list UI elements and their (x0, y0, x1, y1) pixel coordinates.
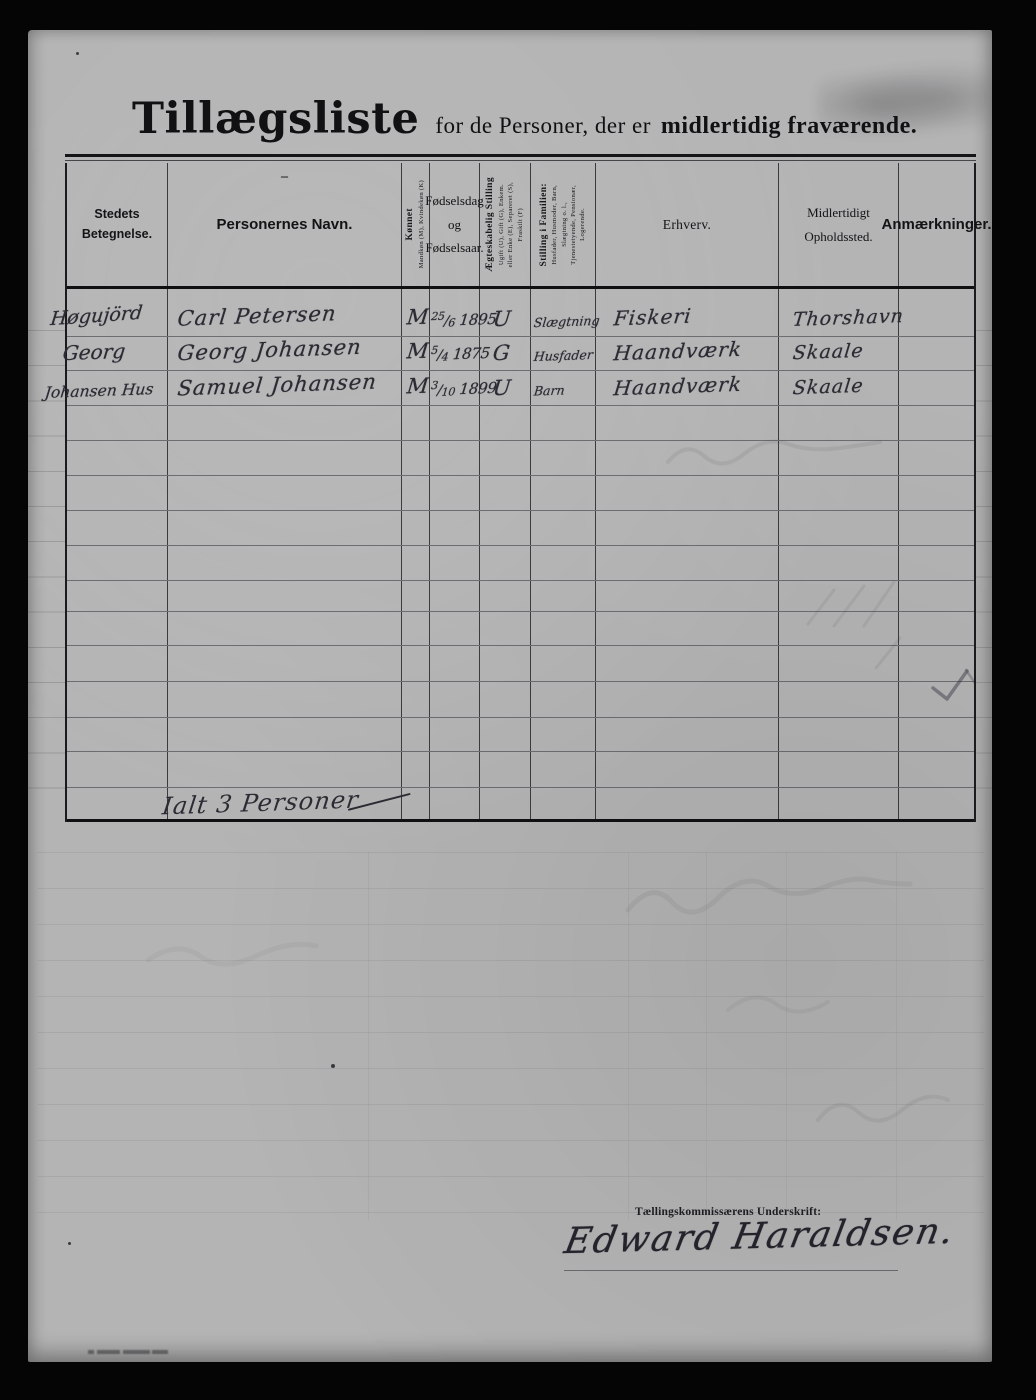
empty-cell (480, 476, 531, 510)
cell-marital: U (480, 289, 531, 336)
cell-marital: G (480, 337, 531, 370)
empty-cell (779, 546, 899, 580)
cell-name: Carl Petersen (168, 289, 402, 336)
empty-cell (899, 752, 974, 787)
empty-cell (531, 718, 596, 751)
occupation-entry: Fiskeri (613, 304, 693, 331)
empty-cell (531, 476, 596, 510)
name-entry: Carl Petersen (176, 301, 337, 331)
title-rule-thick (65, 154, 976, 157)
cell-occupation: Haandværk (596, 337, 779, 370)
empty-cell (531, 581, 596, 611)
empty-cell (430, 752, 480, 787)
marital-entry: U (492, 376, 512, 401)
empty-cell (168, 718, 402, 751)
header-dash: – (168, 169, 401, 185)
cell-remarks (899, 337, 974, 370)
empty-cell (531, 406, 596, 440)
empty-cell (596, 612, 779, 645)
empty-cell (430, 546, 480, 580)
empty-cell (430, 646, 480, 681)
empty-cell (402, 718, 430, 751)
header-sex: Kønnet Mandkøn (M), Kvindekøn (K) (402, 163, 430, 286)
empty-table-row (67, 476, 974, 511)
empty-cell (480, 682, 531, 717)
marital-entry: G (492, 341, 511, 366)
empty-cell (402, 612, 430, 645)
place-entry: Johansen Hus (44, 380, 155, 402)
empty-table-row (67, 612, 974, 646)
table-row: Høgujörd Carl Petersen M 25/6 1895 U Slæ… (67, 289, 974, 337)
empty-cell (899, 682, 974, 717)
empty-cell (168, 546, 402, 580)
signature-underline (564, 1270, 898, 1271)
sex-entry: M (406, 374, 430, 399)
empty-cell (168, 511, 402, 545)
empty-cell (430, 511, 480, 545)
table-row: Georg Georg Johansen M 5/4 1875 G Husfad… (67, 337, 974, 371)
cell-birth: 25/6 1895 (430, 289, 480, 336)
empty-cell (67, 546, 168, 580)
empty-cell (430, 441, 480, 475)
empty-cell (899, 788, 974, 819)
cell-birth: 3/10 1899 (430, 371, 480, 405)
empty-cell (779, 612, 899, 645)
empty-cell (168, 612, 402, 645)
empty-cell (402, 406, 430, 440)
empty-cell (430, 718, 480, 751)
empty-cell (402, 546, 430, 580)
empty-cell (430, 406, 480, 440)
name-entry: Georg Johansen (176, 335, 363, 365)
empty-cell (531, 752, 596, 787)
empty-cell (596, 406, 779, 440)
header-remarks: Anmærkninger. (899, 163, 974, 286)
commissioner-signature: Edward Haraldsen. (561, 1211, 958, 1262)
empty-table-row (67, 581, 974, 612)
residence-entry: Skaale (792, 375, 865, 399)
form-title: Tillægsliste for de Personer, der er mid… (132, 94, 917, 144)
header-place: Stedets Betegnelse. (67, 163, 168, 286)
dust-speck (68, 1242, 71, 1245)
cell-family: Slægtning (531, 289, 596, 336)
name-entry: Samuel Johansen (176, 370, 378, 401)
empty-cell (430, 788, 480, 819)
empty-cell (67, 612, 168, 645)
empty-cell (596, 476, 779, 510)
empty-cell (779, 476, 899, 510)
cell-occupation: Fiskeri (596, 289, 779, 336)
occupation-entry: Haandværk (612, 337, 743, 365)
empty-table-row (67, 646, 974, 682)
family-entry: Barn (533, 382, 565, 398)
form-title-tail: midlertidig fraværende. (661, 113, 917, 140)
header-name: – Personernes Navn. (168, 163, 402, 286)
empty-cell (480, 546, 531, 580)
header-occupation: Erhverv. (596, 163, 779, 286)
table-header: Stedets Betegnelse. – Personernes Navn. … (67, 163, 974, 289)
place-entry: Georg (62, 339, 127, 365)
empty-table-row (67, 546, 974, 581)
empty-cell (67, 752, 168, 787)
cell-sex: M (402, 289, 430, 336)
occupation-entry: Haandværk (612, 372, 743, 400)
empty-cell (596, 646, 779, 681)
empty-cell (899, 406, 974, 440)
table-row: Johansen Hus Samuel Johansen M 3/10 1899… (67, 371, 974, 406)
empty-cell (531, 646, 596, 681)
empty-cell (430, 581, 480, 611)
empty-cell (480, 441, 531, 475)
place-entry: Høgujörd (49, 302, 143, 330)
empty-cell (480, 788, 531, 819)
census-form-page: Tillægsliste for de Personer, der er mid… (28, 30, 992, 1362)
empty-cell (779, 718, 899, 751)
empty-cell (596, 718, 779, 751)
empty-cell (480, 581, 531, 611)
sex-entry: M (406, 305, 430, 330)
empty-cell (168, 752, 402, 787)
empty-cell (899, 646, 974, 681)
title-rule-thin (65, 160, 976, 161)
residence-entry: Skaale (792, 340, 865, 364)
empty-cell (531, 682, 596, 717)
residence-entry: Thorshavn (792, 305, 906, 331)
empty-cell (480, 406, 531, 440)
total-row: Ialt 3 Personer (67, 788, 974, 819)
cell-family: Barn (531, 371, 596, 405)
cell-residence: Skaale (779, 371, 899, 405)
empty-cell (168, 581, 402, 611)
empty-cell (67, 581, 168, 611)
cell-name: Georg Johansen (168, 337, 402, 370)
empty-cell (402, 511, 430, 545)
empty-cell (168, 646, 402, 681)
cell-family: Husfader (531, 337, 596, 370)
empty-cell (168, 682, 402, 717)
empty-cell (67, 788, 168, 819)
cell-birth: 5/4 1875 (430, 337, 480, 370)
table-bottom-rule (67, 819, 974, 822)
bleedthrough-grid (38, 852, 984, 1220)
empty-table-row (67, 406, 974, 441)
bleedthrough-rowlines-right (974, 330, 992, 822)
empty-cell (480, 612, 531, 645)
empty-cell (430, 612, 480, 645)
empty-cell (67, 718, 168, 751)
empty-cell (899, 546, 974, 580)
dust-speck (331, 1064, 335, 1068)
empty-cell (402, 476, 430, 510)
cell-place: Georg (67, 337, 168, 370)
empty-cell (596, 546, 779, 580)
empty-table-row (67, 441, 974, 476)
empty-cell (899, 718, 974, 751)
empty-cell (779, 406, 899, 440)
empty-cell (480, 752, 531, 787)
empty-cell (779, 441, 899, 475)
empty-cell (779, 646, 899, 681)
empty-cell (531, 546, 596, 580)
empty-cell (531, 441, 596, 475)
empty-cell (899, 612, 974, 645)
printer-mark (88, 1350, 168, 1354)
header-birth: Fødselsdag og Fødselsaar. (430, 163, 480, 286)
empty-cell (67, 511, 168, 545)
header-family: Stilling i Familien: Husfader, Husmoder,… (531, 163, 596, 286)
empty-cell (402, 441, 430, 475)
empty-cell (596, 581, 779, 611)
empty-cell (480, 511, 531, 545)
empty-cell (480, 646, 531, 681)
empty-cell (531, 612, 596, 645)
family-entry: Slægtning (533, 313, 600, 330)
empty-cell (899, 581, 974, 611)
empty-cell (168, 476, 402, 510)
supplement-table: Stedets Betegnelse. – Personernes Navn. … (65, 163, 976, 822)
scanner-background: Tillægsliste for de Personer, der er mid… (0, 0, 1036, 1400)
empty-cell (67, 476, 168, 510)
cell-residence: Thorshavn (779, 289, 899, 336)
cell-remarks (899, 371, 974, 405)
empty-cell (168, 441, 402, 475)
empty-cell (430, 682, 480, 717)
empty-cell (67, 646, 168, 681)
empty-cell (596, 682, 779, 717)
empty-cell (402, 581, 430, 611)
empty-cell (402, 752, 430, 787)
empty-cell (779, 581, 899, 611)
empty-table-row (67, 752, 974, 788)
empty-table-row (67, 511, 974, 546)
bleedthrough-rowlines-left (28, 330, 65, 822)
empty-cell (67, 406, 168, 440)
empty-cell (779, 752, 899, 787)
marital-entry: U (492, 307, 512, 332)
cell-place: Johansen Hus (67, 371, 168, 405)
empty-cell (67, 441, 168, 475)
family-entry: Husfader (533, 347, 594, 364)
empty-cell (779, 511, 899, 545)
header-marital: Ægteskabelig Stilling Ugift (U), Gift (G… (480, 163, 531, 286)
empty-cell (596, 511, 779, 545)
empty-cell (430, 476, 480, 510)
form-title-main: Tillægsliste (132, 94, 419, 144)
cell-remarks (899, 289, 974, 336)
dust-speck (76, 52, 79, 55)
empty-cell (596, 788, 779, 819)
empty-cell (596, 752, 779, 787)
empty-cell (899, 511, 974, 545)
sex-entry: M (406, 339, 430, 364)
empty-table-row (67, 718, 974, 752)
empty-table-row (67, 682, 974, 718)
cell-name: Samuel Johansen (168, 371, 402, 405)
empty-cell (168, 406, 402, 440)
empty-cell (402, 682, 430, 717)
empty-cell (899, 476, 974, 510)
cell-marital: U (480, 371, 531, 405)
cell-occupation: Haandværk (596, 371, 779, 405)
form-title-mid: for de Personer, der er (435, 113, 651, 139)
table-body: Høgujörd Carl Petersen M 25/6 1895 U Slæ… (67, 289, 974, 819)
cell-residence: Skaale (779, 337, 899, 370)
empty-cell (779, 788, 899, 819)
empty-cell (899, 441, 974, 475)
empty-cell (779, 682, 899, 717)
empty-cell (480, 718, 531, 751)
empty-cell (67, 682, 168, 717)
empty-cell (402, 788, 430, 819)
cell-sex: M (402, 371, 430, 405)
cell-sex: M (402, 337, 430, 370)
empty-cell (596, 441, 779, 475)
empty-cell (531, 511, 596, 545)
empty-cell (402, 646, 430, 681)
cell-place: Høgujörd (67, 289, 168, 336)
empty-cell (531, 788, 596, 819)
